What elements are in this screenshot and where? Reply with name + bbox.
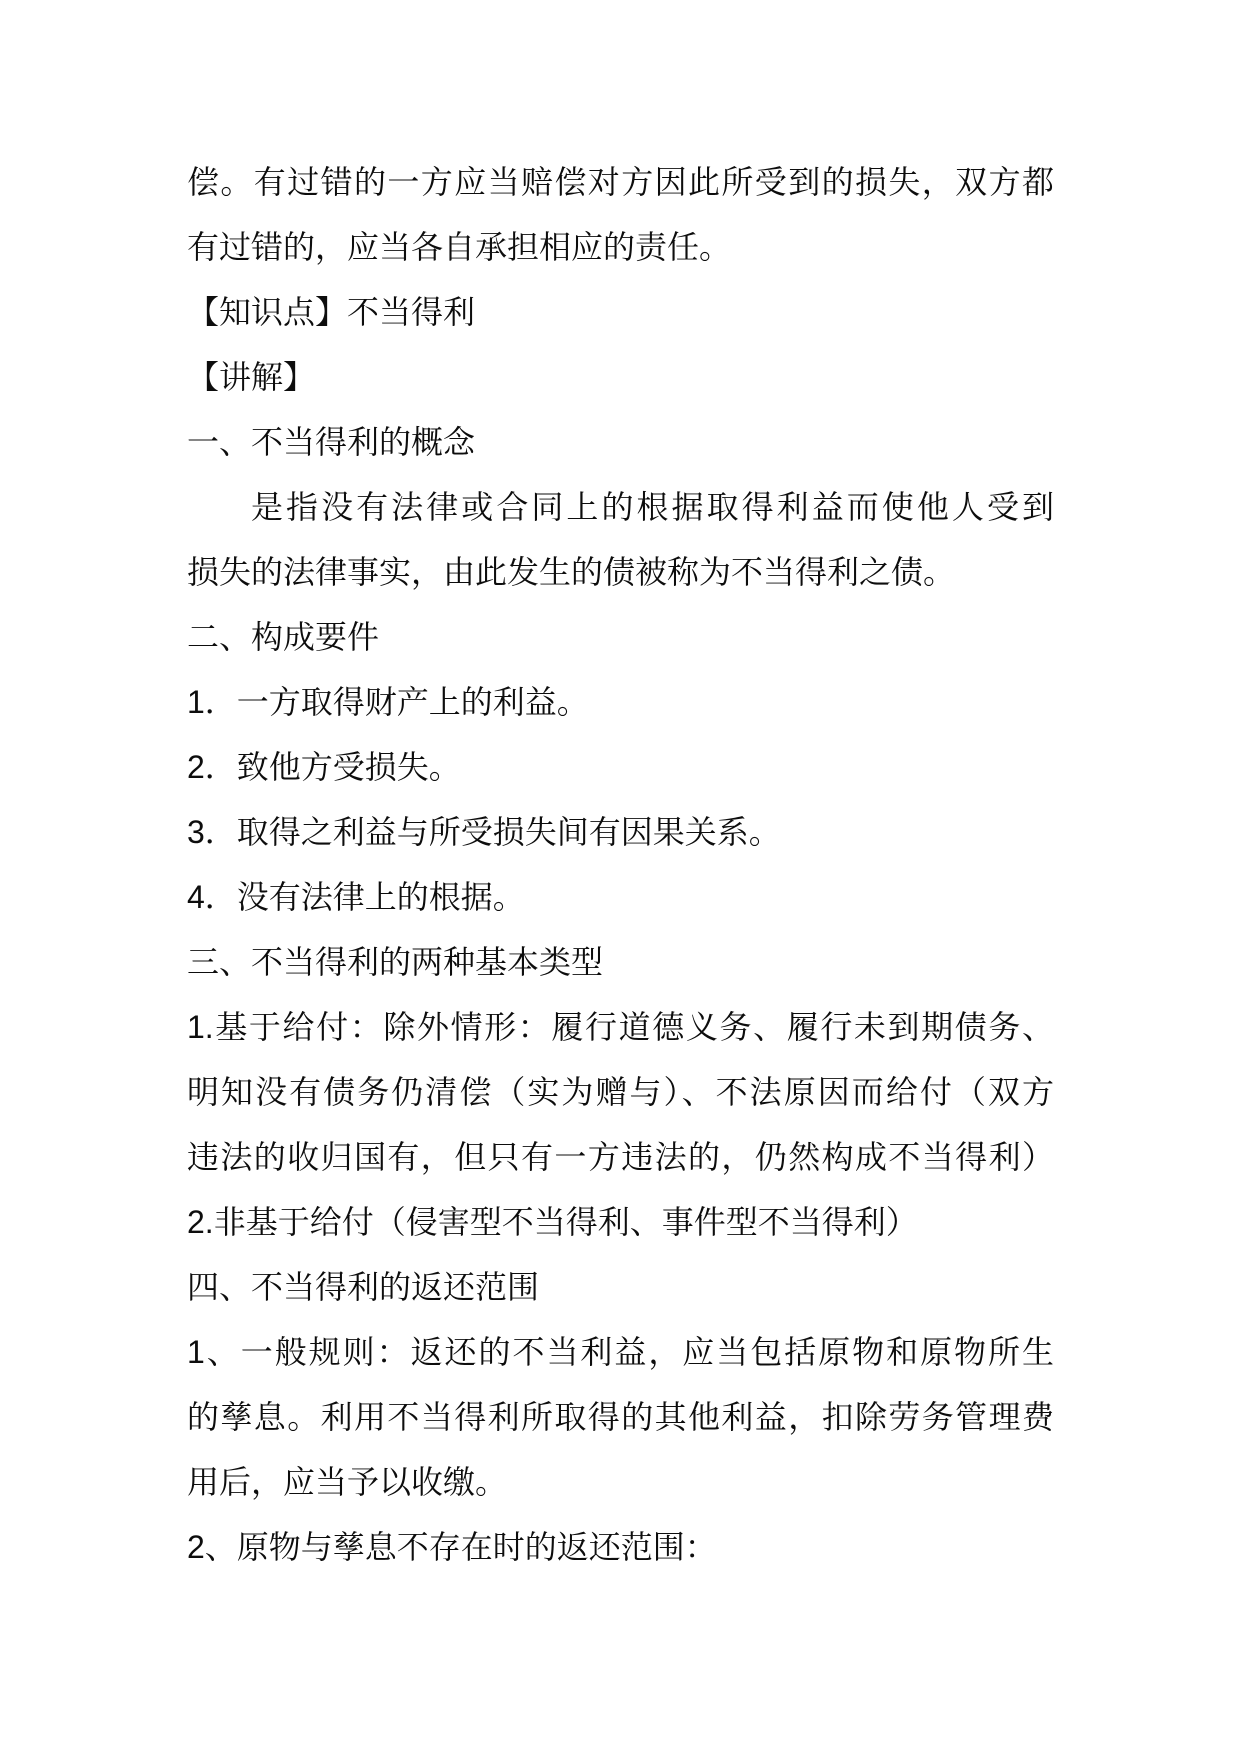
text-line: 2.非基于给付（侵害型不当得利、事件型不当得利） bbox=[187, 1190, 1054, 1255]
section-2-heading: 二、构成要件 bbox=[187, 605, 1054, 670]
text-line: 1、一般规则：返还的不当利益，应当包括原物和原物所生 bbox=[187, 1320, 1054, 1385]
text-line: 是指没有法律或合同上的根据取得利益而使他人受到 bbox=[187, 475, 1054, 540]
text-line-continuation: 偿。有过错的一方应当赔偿对方因此所受到的损失，双方都 bbox=[187, 150, 1054, 215]
text-line: 明知没有债务仍清偿（实为赠与）、不法原因而给付（双方 bbox=[187, 1060, 1054, 1125]
text-line: 有过错的，应当各自承担相应的责任。 bbox=[187, 215, 1054, 280]
section-3-heading: 三、不当得利的两种基本类型 bbox=[187, 930, 1054, 995]
text-line: 违法的收归国有，但只有一方违法的，仍然构成不当得利） bbox=[187, 1125, 1054, 1190]
text-line: 用后，应当予以收缴。 bbox=[187, 1450, 1054, 1515]
text-line: 1.基于给付：除外情形：履行道德义务、履行未到期债务、 bbox=[187, 995, 1054, 1060]
section-1-heading: 一、不当得利的概念 bbox=[187, 410, 1054, 475]
text-line: 损失的法律事实，由此发生的债被称为不当得利之债。 bbox=[187, 540, 1054, 605]
knowledge-point-label: 【知识点】不当得利 bbox=[187, 280, 1054, 345]
list-item-4: 4．没有法律上的根据。 bbox=[187, 865, 1054, 930]
text-line: 2、原物与孳息不存在时的返还范围： bbox=[187, 1515, 1054, 1580]
explanation-label: 【讲解】 bbox=[187, 345, 1054, 410]
section-4-heading: 四、不当得利的返还范围 bbox=[187, 1255, 1054, 1320]
document-page: 偿。有过错的一方应当赔偿对方因此所受到的损失，双方都 有过错的，应当各自承担相应… bbox=[0, 0, 1241, 1754]
list-item-2: 2．致他方受损失。 bbox=[187, 735, 1054, 800]
list-item-1: 1．一方取得财产上的利益。 bbox=[187, 670, 1054, 735]
document-body: 偿。有过错的一方应当赔偿对方因此所受到的损失，双方都 有过错的，应当各自承担相应… bbox=[187, 150, 1054, 1580]
text-line: 的孳息。利用不当得利所取得的其他利益，扣除劳务管理费 bbox=[187, 1385, 1054, 1450]
list-item-3: 3．取得之利益与所受损失间有因果关系。 bbox=[187, 800, 1054, 865]
